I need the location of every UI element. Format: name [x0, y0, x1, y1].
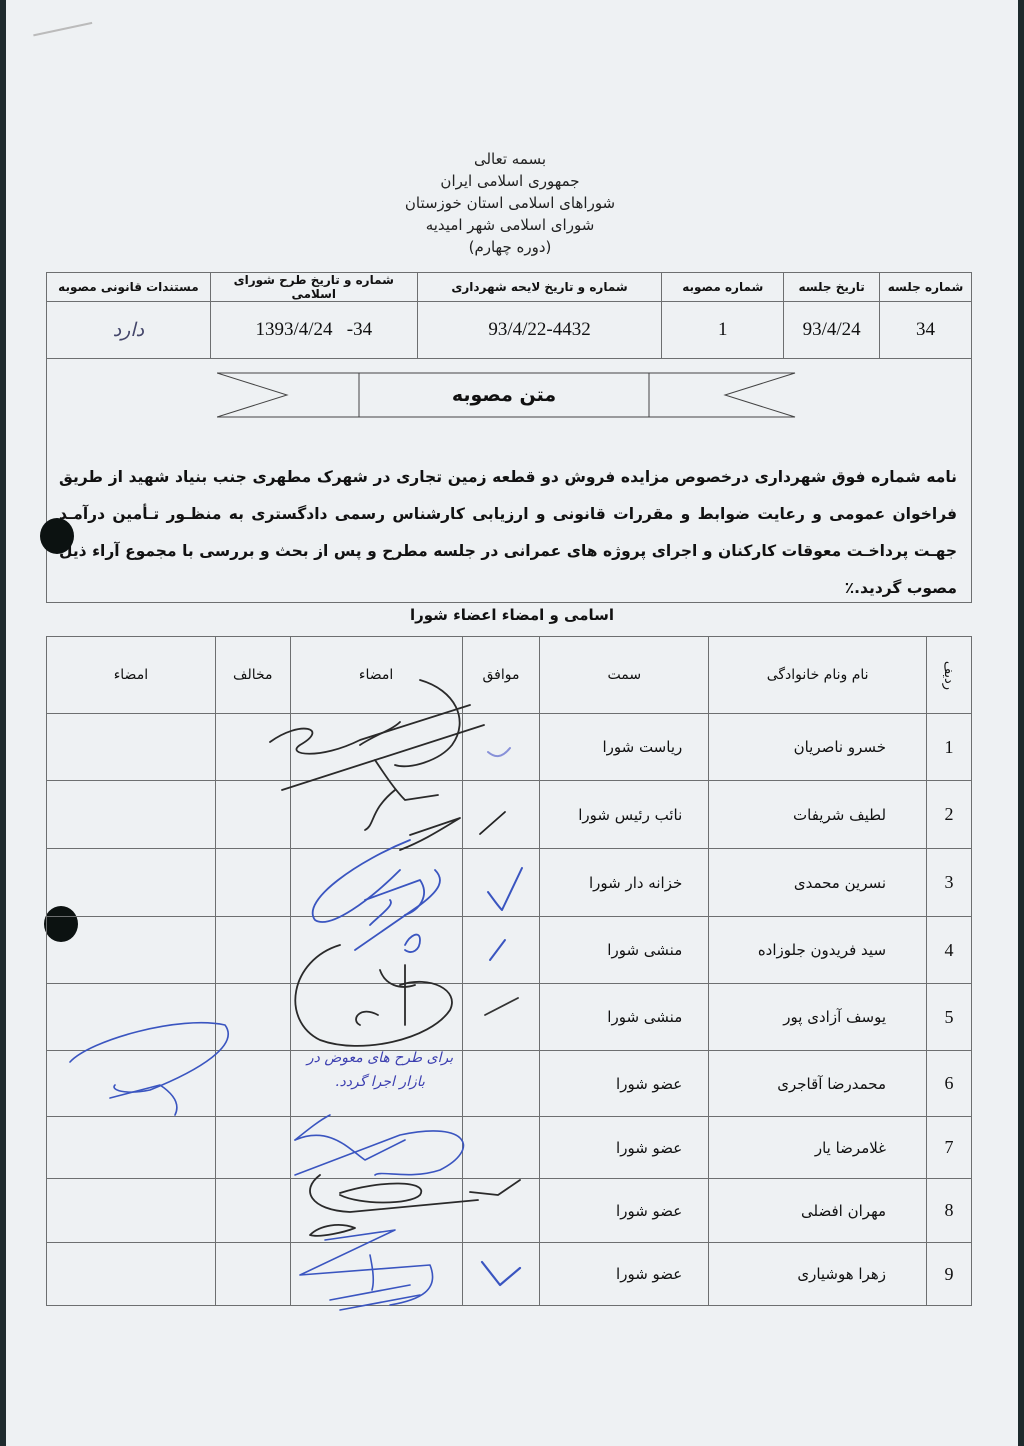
member-role: عضو شورا — [540, 1243, 709, 1306]
agree-cell — [462, 917, 540, 984]
agree-signature-cell — [290, 1243, 462, 1306]
disagree-cell — [215, 1179, 290, 1243]
header-session-date: تاریخ جلسه — [784, 273, 880, 302]
agree-cell — [462, 1243, 540, 1306]
header-resolution-number: شماره مصوبه — [662, 273, 784, 302]
disagree-signature-cell — [47, 1243, 216, 1306]
header-legal-basis: مستندات قانونی مصوبه — [47, 273, 211, 302]
council-plan: 1393/4/24 -34 — [210, 302, 417, 359]
members-table: ردیف نام ونام خانوادگی سمت موافق امضاء م… — [46, 636, 972, 1306]
heading-line: بسمه تعالی — [330, 148, 690, 170]
disagree-signature-cell — [47, 917, 216, 984]
member-role: خزانه دار شورا — [540, 849, 709, 917]
agree-signature-cell — [290, 1179, 462, 1243]
member-role: منشی شورا — [540, 917, 709, 984]
member-name: نسرین محمدی — [709, 849, 927, 917]
disagree-cell — [215, 984, 290, 1051]
member-name: خسرو ناصریان — [709, 714, 927, 781]
member-name: زهرا هوشیاری — [709, 1243, 927, 1306]
disagree-signature-cell — [47, 1179, 216, 1243]
heading-line: جمهوری اسلامی ایران — [330, 170, 690, 192]
resolution-text-box: متن مصوبه نامه شماره فوق شهرداری درخصوص … — [46, 355, 972, 603]
resolution-title: متن مصوبه — [359, 371, 649, 419]
member-role: عضو شورا — [540, 1179, 709, 1243]
row-number: 4 — [927, 917, 972, 984]
table-row: 7 غلامرضا یار عضو شورا — [47, 1117, 972, 1179]
disagree-signature-cell — [47, 984, 216, 1051]
member-name: مهران افضلی — [709, 1179, 927, 1243]
session-number: 34 — [880, 302, 972, 359]
heading-line: شورای اسلامی شهر امیدیه — [330, 214, 690, 236]
member-role: ریاست شورا — [540, 714, 709, 781]
resolution-number: 1 — [662, 302, 784, 359]
agree-cell — [462, 984, 540, 1051]
header-agree-signature: امضاء — [290, 637, 462, 714]
municipal-bill: 93/4/22-4432 — [417, 302, 662, 359]
header-name: نام ونام خانوادگی — [709, 637, 927, 714]
agree-signature-cell — [290, 849, 462, 917]
agree-cell — [462, 714, 540, 781]
disagree-cell — [215, 1051, 290, 1117]
agree-signature-cell — [290, 781, 462, 849]
header-municipal-bill: شماره و تاریخ لایحه شهرداری — [417, 273, 662, 302]
header-agree: موافق — [462, 637, 540, 714]
disagree-signature-cell — [47, 714, 216, 781]
agree-cell — [462, 781, 540, 849]
member-name: یوسف آزادی پور — [709, 984, 927, 1051]
session-date: 93/4/24 — [784, 302, 880, 359]
agree-signature-cell — [290, 714, 462, 781]
member-role: نائب رئیس شورا — [540, 781, 709, 849]
row-number: 8 — [927, 1179, 972, 1243]
resolution-meta-table: شماره جلسه تاریخ جلسه شماره مصوبه شماره … — [46, 272, 972, 359]
header-session-number: شماره جلسه — [880, 273, 972, 302]
member-role: عضو شورا — [540, 1051, 709, 1117]
header-row-number: ردیف — [927, 637, 972, 714]
scan-edge-right — [1018, 0, 1024, 1446]
agree-cell — [462, 1179, 540, 1243]
heading-line: شوراهای اسلامی استان خوزستان — [330, 192, 690, 214]
row-number: 3 — [927, 849, 972, 917]
disagree-cell — [215, 917, 290, 984]
header-council-plan: شماره و تاریخ طرح شورای اسلامی — [210, 273, 417, 302]
agree-cell — [462, 849, 540, 917]
disagree-cell — [215, 1117, 290, 1179]
scan-edge-left — [0, 0, 6, 1446]
handwritten-note: برای طرح های معوض در بازار اجرا گردد. — [292, 1046, 468, 1094]
member-role: منشی شورا — [540, 984, 709, 1051]
row-number: 1 — [927, 714, 972, 781]
table-row: 2 لطیف شریفات نائب رئیس شورا — [47, 781, 972, 849]
disagree-cell — [215, 714, 290, 781]
header-role: سمت — [540, 637, 709, 714]
agree-cell — [462, 1051, 540, 1117]
table-row: 6 محمدرضا آقاجری عضو شورا — [47, 1051, 972, 1117]
member-role: عضو شورا — [540, 1117, 709, 1179]
member-name: لطیف شریفات — [709, 781, 927, 849]
disagree-signature-cell — [47, 781, 216, 849]
member-name: محمدرضا آقاجری — [709, 1051, 927, 1117]
disagree-signature-cell — [47, 1117, 216, 1179]
member-name: سید فریدون جلوزاده — [709, 917, 927, 984]
heading-line: (دوره چهارم) — [330, 236, 690, 258]
members-title: اسامی و امضاء اعضاء شورا — [300, 606, 724, 624]
agree-signature-cell — [290, 1117, 462, 1179]
agree-signature-cell — [290, 984, 462, 1051]
row-number: 9 — [927, 1243, 972, 1306]
resolution-banner: متن مصوبه — [217, 371, 797, 419]
disagree-cell — [215, 781, 290, 849]
resolution-body: نامه شماره فوق شهرداری درخصوص مزایده فرو… — [59, 459, 957, 607]
disagree-signature-cell — [47, 1051, 216, 1117]
table-row: 3 نسرین محمدی خزانه دار شورا — [47, 849, 972, 917]
row-number: 5 — [927, 984, 972, 1051]
header-disagree-signature: امضاء — [47, 637, 216, 714]
agree-signature-cell — [290, 917, 462, 984]
header-disagree: مخالف — [215, 637, 290, 714]
table-row: 8 مهران افضلی عضو شورا — [47, 1179, 972, 1243]
disagree-cell — [215, 849, 290, 917]
document-heading: بسمه تعالی جمهوری اسلامی ایران شوراهای ا… — [330, 148, 690, 258]
legal-basis: دارد — [47, 302, 211, 359]
table-row: 4 سید فریدون جلوزاده منشی شورا — [47, 917, 972, 984]
row-number: 7 — [927, 1117, 972, 1179]
disagree-signature-cell — [47, 849, 216, 917]
row-number: 2 — [927, 781, 972, 849]
table-row: 5 یوسف آزادی پور منشی شورا — [47, 984, 972, 1051]
punch-hole — [40, 518, 74, 554]
row-number: 6 — [927, 1051, 972, 1117]
table-row: 9 زهرا هوشیاری عضو شورا — [47, 1243, 972, 1306]
member-name: غلامرضا یار — [709, 1117, 927, 1179]
agree-cell — [462, 1117, 540, 1179]
disagree-cell — [215, 1243, 290, 1306]
table-row: 1 خسرو ناصریان ریاست شورا — [47, 714, 972, 781]
